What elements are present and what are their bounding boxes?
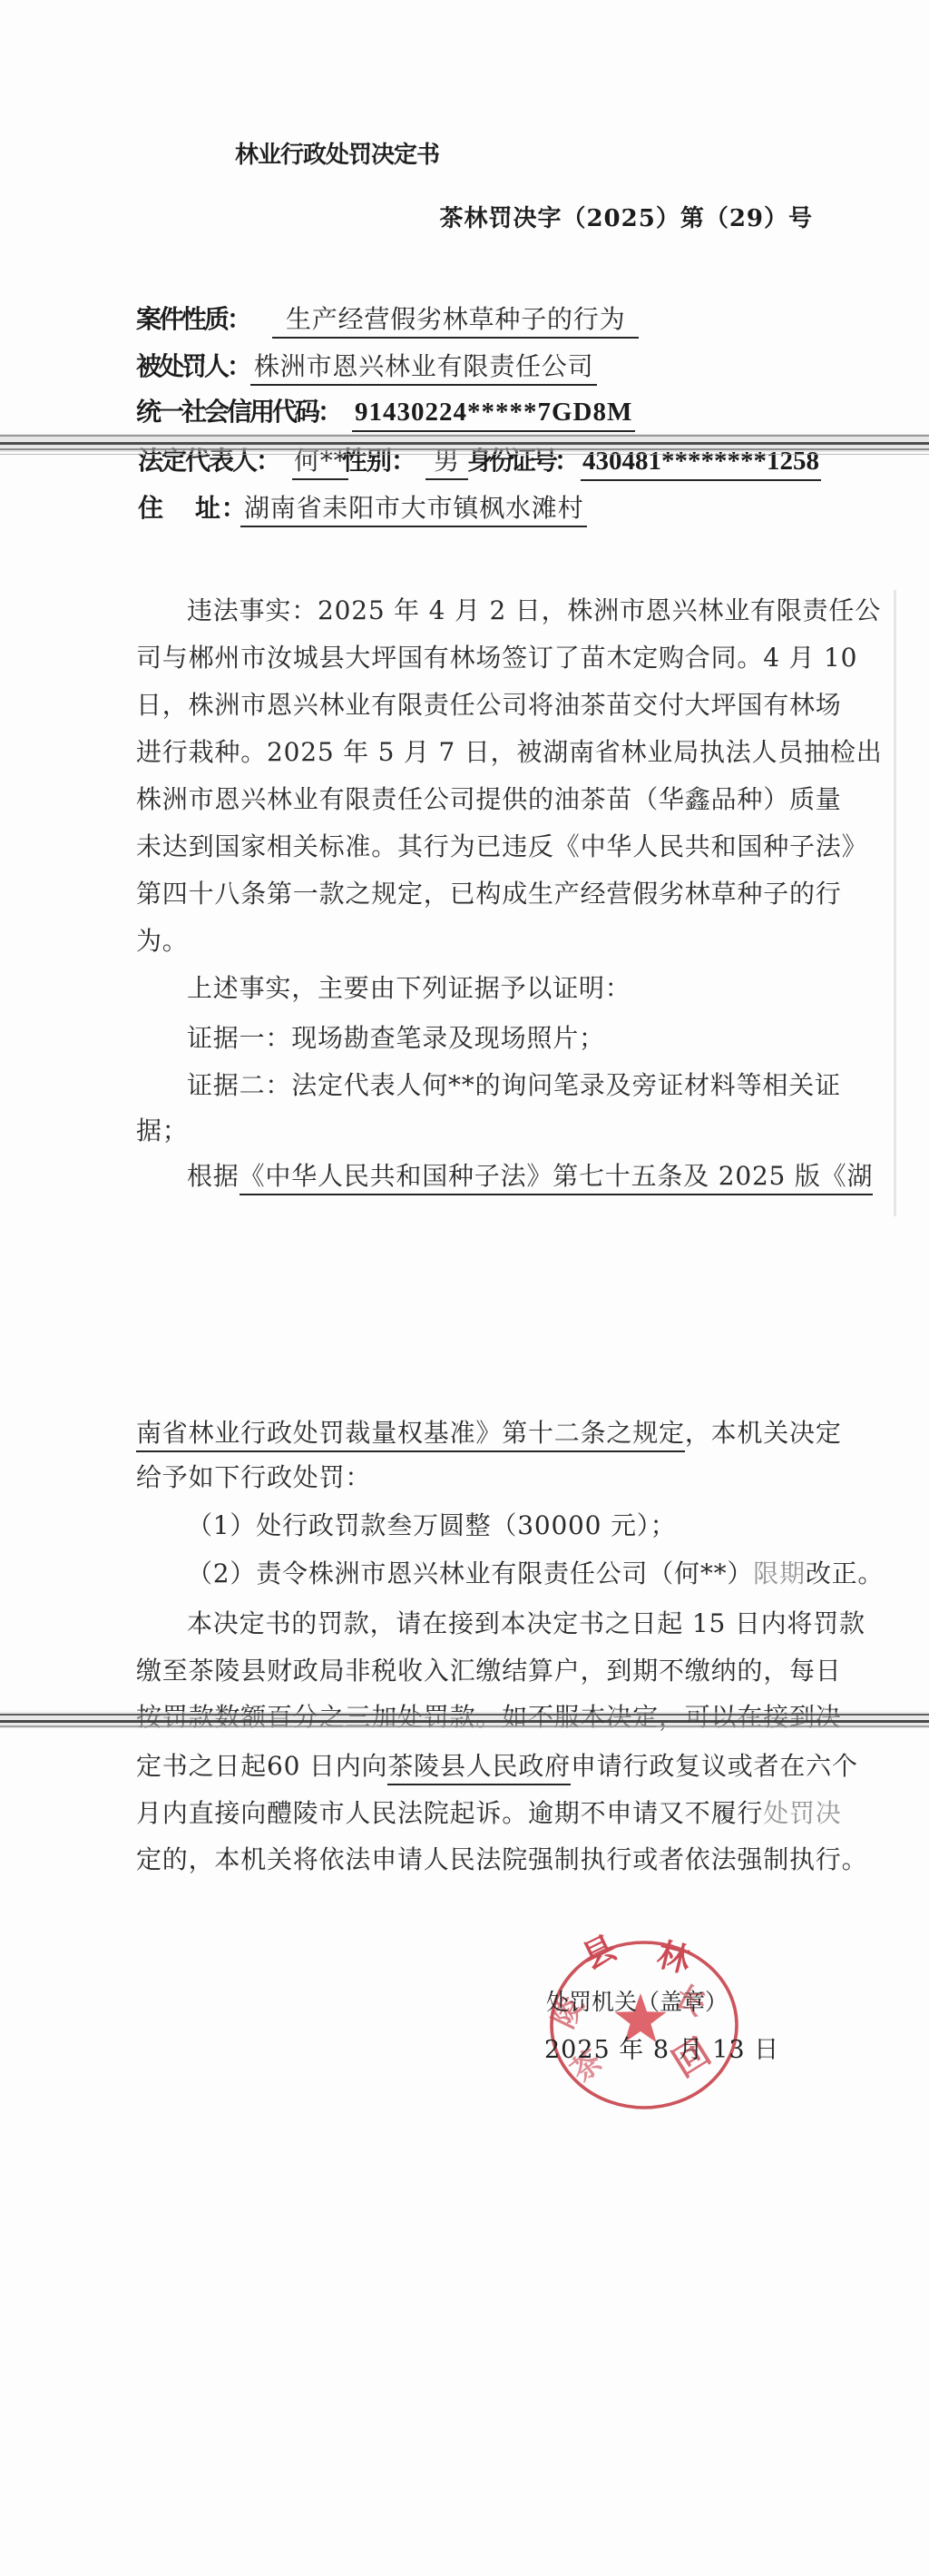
underlined-value: 株洲市恩兴林业有限责任公司 (250, 352, 597, 386)
text-segment: 被处罚人： (136, 352, 249, 381)
text-line: 案件性质：生产经营假劣林草种子的行为 (0, 305, 929, 334)
text-segment: 统一社会信用代码： (136, 398, 340, 427)
text-line: 证据一：现场勘查笔录及现场照片； (0, 1024, 929, 1053)
text-line: 据； (0, 1116, 929, 1145)
text-segment: 日，株洲市恩兴林业有限责任公司将油茶苗交付大坪国有林场 (136, 691, 842, 720)
text-segment: 处罚决 (763, 1799, 841, 1828)
text-line: 司与郴州市汝城县大坪国有林场签订了苗木定购合同。4 月 10 (0, 644, 929, 673)
text-segment: 性别： (342, 447, 416, 476)
text-line: （1）处行政罚款叁万圆整（30000 元）； (0, 1511, 929, 1540)
text-segment: 证据一：现场勘查笔录及现场照片； (187, 1024, 605, 1053)
text-line: 被处罚人：株洲市恩兴林业有限责任公司 (0, 352, 929, 381)
text-line: 定书之日起60 日内向茶陵县人民政府申请行政复议或者在六个 (0, 1752, 929, 1785)
text-segment: 缴至茶陵县财政局非税收入汇缴结算户，到期不缴纳的，每日 (136, 1657, 842, 1686)
text-line: 月内直接向醴陵市人民法院起诉。逾期不申请又不履行处罚决 (0, 1799, 929, 1828)
text-segment: 改正。 (806, 1559, 884, 1588)
underlined-value: 湖南省耒阳市大市镇枫水滩村 (240, 494, 587, 527)
text-segment: 月内直接向醴陵市人民法院起诉。逾期不申请又不履行 (136, 1799, 763, 1828)
underlined-value: 茶陵县人民政府 (387, 1752, 571, 1785)
text-line: 根据《中华人民共和国种子法》第七十五条及 2025 版《湖 (0, 1162, 929, 1195)
underlined-value: 91430224*****7GD8M (352, 398, 635, 432)
seal-char: 县 (576, 1929, 622, 1978)
text-line: 为。 (0, 927, 929, 956)
text-segment: 根据 (187, 1162, 240, 1191)
text-segment: 申请行政复议或者在六个 (571, 1752, 858, 1781)
text-line: 上述事实，主要由下列证据予以证明： (0, 974, 929, 1003)
text-line: 住址：湖南省耒阳市大市镇枫水滩村 (0, 494, 929, 523)
text-segment: 违法事实：2025 年 4 月 2 日，株洲市恩兴林业有限责任公 (187, 596, 881, 625)
text-line: 违法事实：2025 年 4 月 2 日，株洲市恩兴林业有限责任公 (0, 596, 929, 625)
text-segment: 身份证号： (467, 447, 576, 476)
text-line: 统一社会信用代码：91430224*****7GD8M (0, 398, 929, 427)
text-line: 本决定书的罚款，请在接到本决定书之日起 15 日内将罚款 (0, 1609, 929, 1638)
text-segment: 本决定书的罚款，请在接到本决定书之日起 15 日内将罚款 (187, 1609, 865, 1638)
text-segment: 证据二：法定代表人何**的询问笔录及旁证材料等相关证 (187, 1071, 841, 1100)
underlined-value: 生产经营假劣林草种子的行为 (272, 305, 639, 339)
text-segment: 第四十八条第一款之规定，已构成生产经营假劣林草种子的行 (136, 880, 842, 909)
text-line: 第四十八条第一款之规定，已构成生产经营假劣林草种子的行 (0, 880, 929, 909)
text-segment: 未达到国家相关标准。其行为已违反《中华人民共和国种子法》 (136, 832, 867, 861)
document-number: 茶林罚决字（2025）第（29）号 (439, 200, 813, 233)
text-segment: 住 (138, 494, 164, 523)
text-segment: 为。 (136, 927, 189, 956)
text-line: （2）责令株洲市恩兴林业有限责任公司（何**）限期改正。 (0, 1559, 929, 1588)
text-segment: （2）责令株洲市恩兴林业有限责任公司（何**） (187, 1559, 753, 1588)
text-segment: 上述事实，主要由下列证据予以证明： (187, 974, 631, 1003)
text-segment: ，本机关决定 (685, 1419, 842, 1448)
text-line: 证据二：法定代表人何**的询问笔录及旁证材料等相关证 (0, 1071, 929, 1100)
text-line: 按罚款数额百分之三加处罚款。如不服本决定，可以在接到决 (0, 1703, 929, 1732)
text-segment: （1）处行政罚款叁万圆整（30000 元）； (187, 1511, 676, 1540)
text-segment: 定书之日起60 日内向 (136, 1752, 387, 1781)
document-title: 林业行政处罚决定书 (235, 136, 439, 170)
text-line: 进行栽种。2025 年 5 月 7 日，被湖南省林业局执法人员抽检出 (0, 738, 929, 767)
text-segment: 给予如下行政处罚： (136, 1463, 371, 1492)
underlined-value: 430481********1258 (581, 447, 821, 481)
text-segment: 案件性质： (136, 305, 249, 334)
penalty-decision-document: 林业行政处罚决定书 茶林罚决字（2025）第（29）号 案件性质：生产经营假劣林… (0, 0, 929, 2576)
underlined-value: 南省林业行政处罚裁量权基准》第十二条之规定 (136, 1419, 685, 1452)
text-line: 法定代表人：何**性别：男身份证号：430481********1258 (0, 447, 929, 476)
text-line: 南省林业行政处罚裁量权基准》第十二条之规定，本机关决定 (0, 1419, 929, 1452)
decision-date: 2025 年 8 月 13 日 (544, 2030, 779, 2065)
text-segment: 按罚款数额百分之三加处罚款。如不服本决定，可以在接到决 (136, 1703, 842, 1732)
text-line: 缴至茶陵县财政局非税收入汇缴结算户，到期不缴纳的，每日 (0, 1657, 929, 1686)
text-segment: 定的，本机关将依法申请人民法院强制执行或者依法强制执行。 (136, 1845, 867, 1874)
text-line: 株洲市恩兴林业有限责任公司提供的油茶苗（华鑫品种）质量 (0, 785, 929, 814)
text-segment: 限期 (753, 1559, 806, 1588)
underlined-value: 何** (292, 447, 348, 480)
text-segment: 法定代表人： (138, 447, 279, 476)
text-segment: 进行栽种。2025 年 5 月 7 日，被湖南省林业局执法人员抽检出 (136, 738, 883, 767)
official-seal: 县 林 陵 茶 长 回 (535, 1924, 762, 2124)
text-line: 日，株洲市恩兴林业有限责任公司将油茶苗交付大坪国有林场 (0, 691, 929, 720)
text-segment: 据； (136, 1116, 189, 1145)
issuing-authority-label: 处罚机关（盖章） (546, 1984, 728, 2017)
text-line: 未达到国家相关标准。其行为已违反《中华人民共和国种子法》 (0, 832, 929, 861)
text-line: 给予如下行政处罚： (0, 1463, 929, 1492)
underlined-value: 《中华人民共和国种子法》第七十五条及 2025 版《湖 (240, 1162, 874, 1195)
text-segment: 司与郴州市汝城县大坪国有林场签订了苗木定购合同。4 月 10 (136, 644, 857, 673)
text-line: 定的，本机关将依法申请人民法院强制执行或者依法强制执行。 (0, 1845, 929, 1874)
text-segment: 址： (195, 494, 248, 523)
text-segment: 株洲市恩兴林业有限责任公司提供的油茶苗（华鑫品种）质量 (136, 785, 842, 814)
underlined-value: 男 (425, 447, 468, 480)
